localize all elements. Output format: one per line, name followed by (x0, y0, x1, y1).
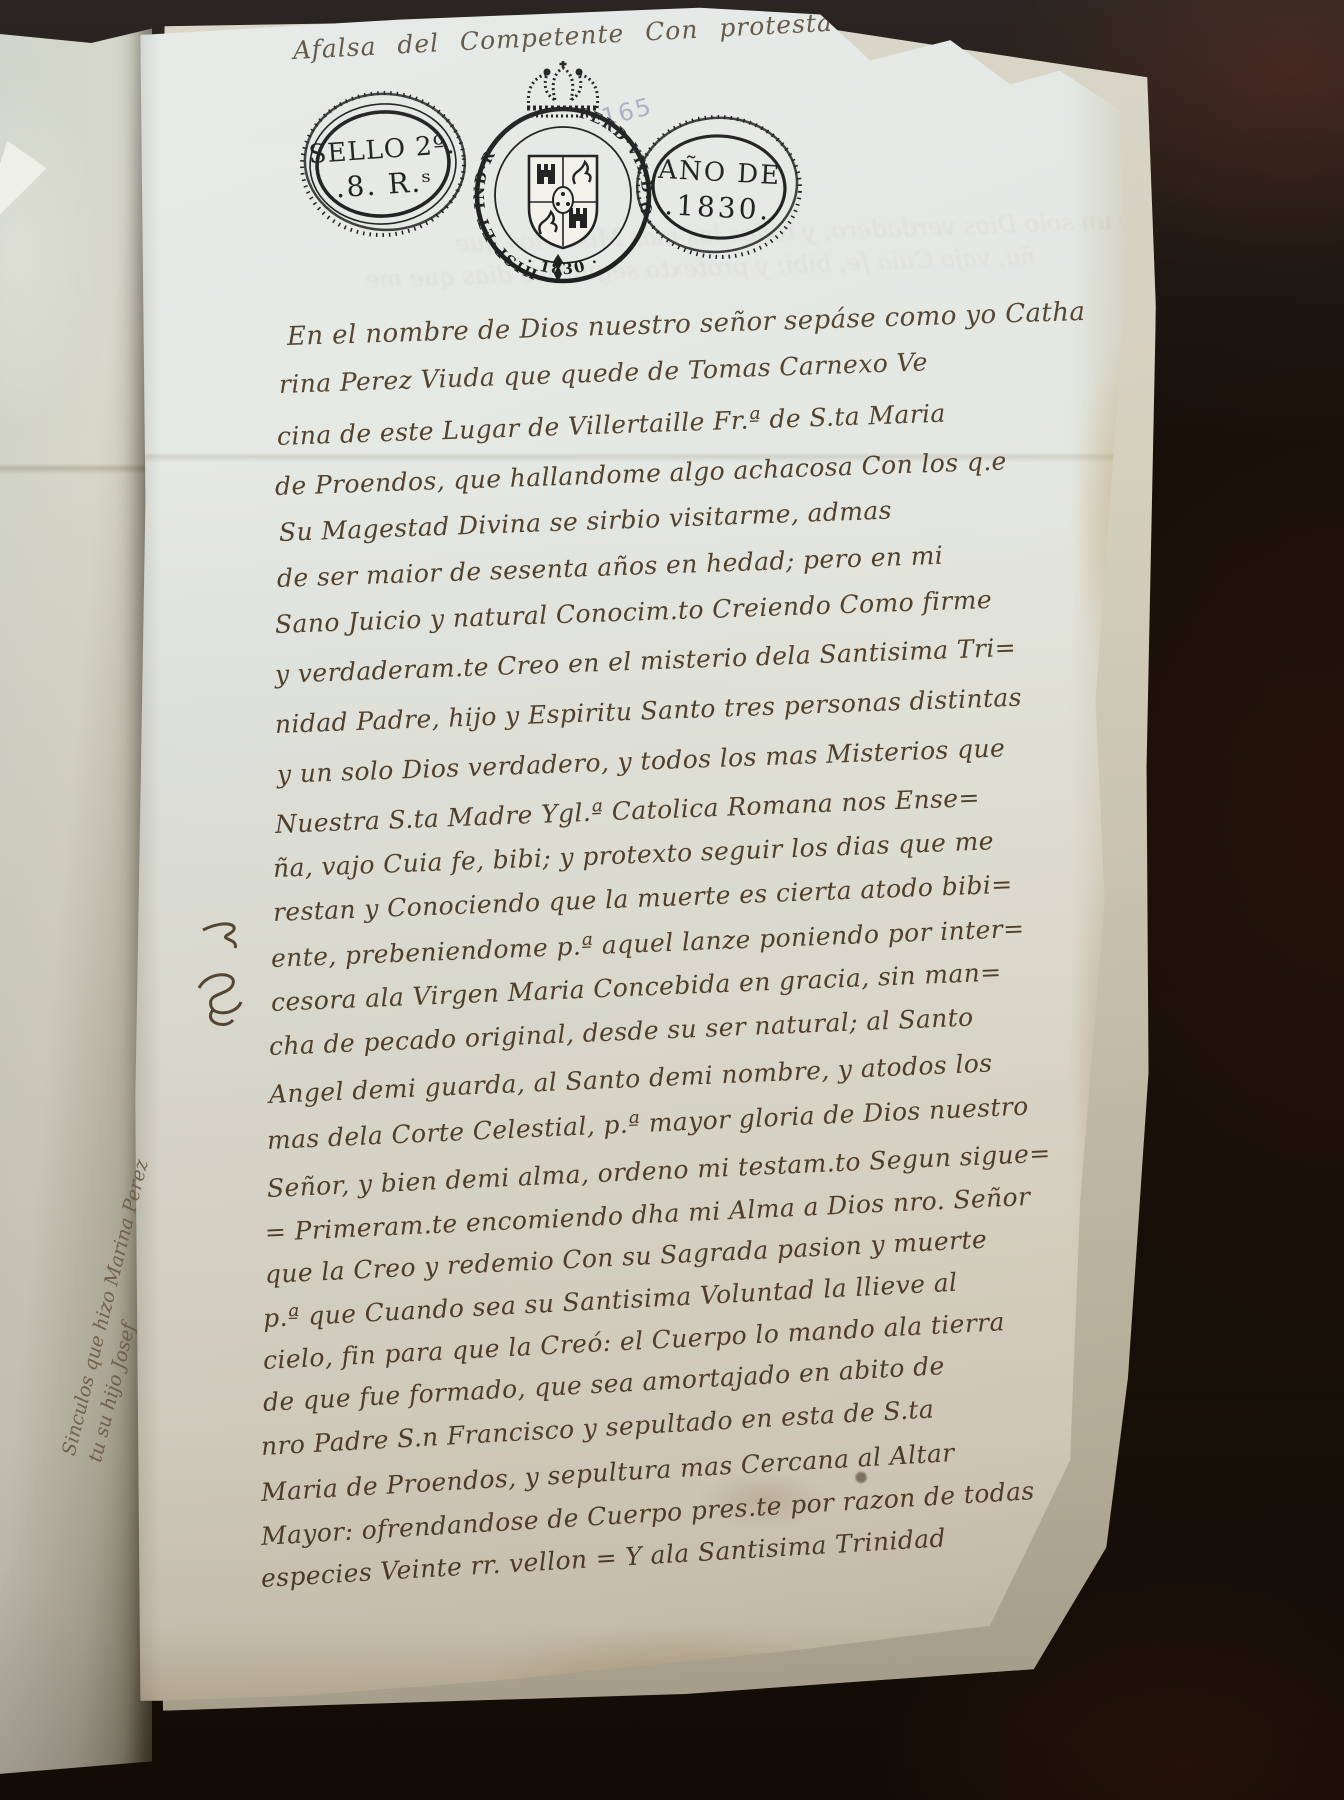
year-stamp-graphic: AÑO DE .1830. (633, 108, 805, 266)
year-stamp: AÑO DE .1830. (633, 108, 805, 266)
manuscript-line: Su Magestad Divina se sirbio visitarme, … (278, 496, 892, 547)
manuscript-line: Sano Juicio y natural Conocim.to Creiend… (274, 585, 992, 639)
revenue-stamp-left: SELLO 2º. .8. R.ˢ (297, 84, 469, 244)
manuscript-line: y un solo Dios verdadero, y todos los ma… (276, 733, 1005, 789)
castle-icon (569, 208, 587, 228)
manuscript-line: cina de este Lugar de Villertaille Fr.ª … (276, 399, 946, 451)
left-fold-strip (0, 0, 152, 1790)
stamp-text-reales: .8. R.ˢ (334, 165, 434, 205)
seal-ornament-icon (547, 254, 569, 284)
bourbon-oval (553, 187, 573, 213)
manuscript-line: En el nombre de Dios nuestro señor sepás… (287, 297, 1086, 352)
manuscript-line: rina Perez Viuda que quede de Tomas Carn… (278, 347, 928, 399)
stamp-text-1830: .1830. (664, 188, 773, 227)
castle-icon (537, 164, 555, 184)
seal-shield (529, 156, 597, 248)
manuscript-line: nidad Padre, hijo y Espiritu Santo tres … (274, 683, 1022, 739)
stamp-text-ano-de: AÑO DE (657, 153, 782, 191)
manuscript-line: y verdaderam.te Creo en el misterio dela… (274, 633, 1016, 689)
manuscript-line: de ser maior de sesenta años en hedad; p… (276, 541, 943, 593)
document-page: Afalsa del Competente Con protesta y un … (115, 6, 1130, 1711)
margin-rubric-icon (189, 918, 259, 1033)
revenue-stamp-left-graphic: SELLO 2º. .8. R.ˢ (297, 84, 469, 244)
manuscript-line: de Proendos, que hallandome algo achacos… (274, 446, 1007, 501)
